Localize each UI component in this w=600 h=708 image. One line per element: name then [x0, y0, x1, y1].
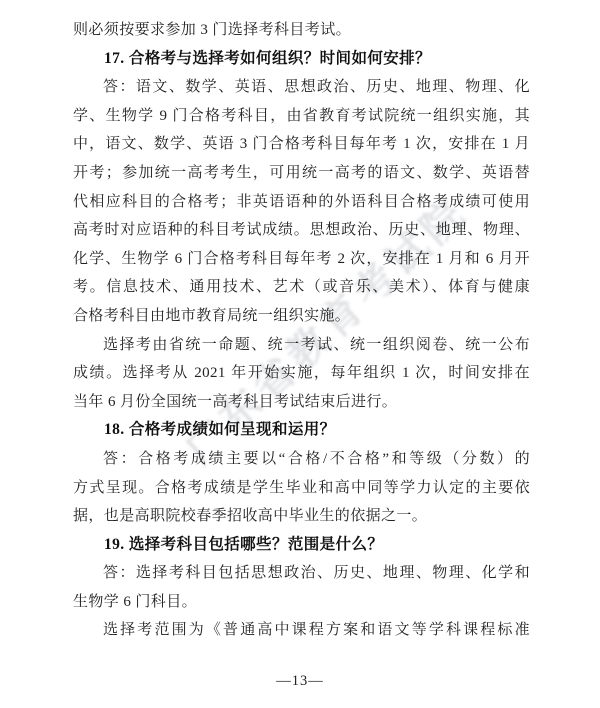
document-text-block: 则必须按要求参加 3 门选择考科目考试。 17. 合格考与选择考如何组织？时间如… [73, 16, 530, 645]
doc-line-13: 成绩。选择考从 2021 年开始实施，每年组织 1 次，时间安排在 [73, 359, 530, 388]
question-17-heading: 17. 合格考与选择考如何组织？时间如何安排？ [73, 45, 530, 74]
doc-line-9: 化学、生物学 6 门合格考科目每年考 2 次，安排在 1 月和 6 月开 [73, 245, 530, 274]
doc-line-22: 选择考范围为《普通高中课程方案和语文等学科课程标准 [73, 616, 530, 645]
doc-line-11: 合格考科目由地市教育局统一组织实施。 [73, 302, 530, 331]
doc-line-18: 据，也是高职院校春季招收高中毕业生的依据之一。 [73, 502, 530, 531]
doc-line-14: 当年 6 月份全国统一高考科目考试结束后进行。 [73, 388, 530, 417]
doc-line-16: 答：合格考成绩主要以“合格/不合格”和等级（分数）的 [73, 445, 530, 474]
doc-line-1: 则必须按要求参加 3 门选择考科目考试。 [73, 16, 530, 45]
doc-line-5: 中，语文、数学、英语 3 门合格考科目每年考 1 次，安排在 1 月 [73, 130, 530, 159]
doc-line-12: 选择考由省统一命题、统一考试、统一组织阅卷、统一公布 [73, 331, 530, 360]
doc-line-17: 方式呈现。合格考成绩是学生毕业和高中同等学力认定的主要依 [73, 474, 530, 503]
doc-line-3: 答：语文、数学、英语、思想政治、历史、地理、物理、化 [73, 73, 530, 102]
doc-line-6: 开考；参加统一高考考生，可用统一高考的语文、数学、英语替 [73, 159, 530, 188]
doc-line-4: 学、生物学 9 门合格考科目，由省教育考试院统一组织实施，其 [73, 102, 530, 131]
doc-line-8: 高考时对应语种的科目考试成绩。思想政治、历史、地理、物理、 [73, 216, 530, 245]
doc-line-21: 生物学 6 门科目。 [73, 588, 530, 617]
question-18-heading: 18. 合格考成绩如何呈现和运用？ [73, 416, 530, 445]
doc-line-7: 代相应科目的合格考；非英语语种的外语科目合格考成绩可使用 [73, 188, 530, 217]
doc-line-20: 答：选择考科目包括思想政治、历史、地理、物理、化学和 [73, 559, 530, 588]
question-19-heading: 19. 选择考科目包括哪些？范围是什么？ [73, 531, 530, 560]
doc-line-10: 考。信息技术、通用技术、艺术（或音乐、美术）、体育与健康 [73, 273, 530, 302]
document-page: 广东省教育考试院 则必须按要求参加 3 门选择考科目考试。 17. 合格考与选择… [0, 0, 600, 708]
page-number: —13— [0, 673, 600, 690]
